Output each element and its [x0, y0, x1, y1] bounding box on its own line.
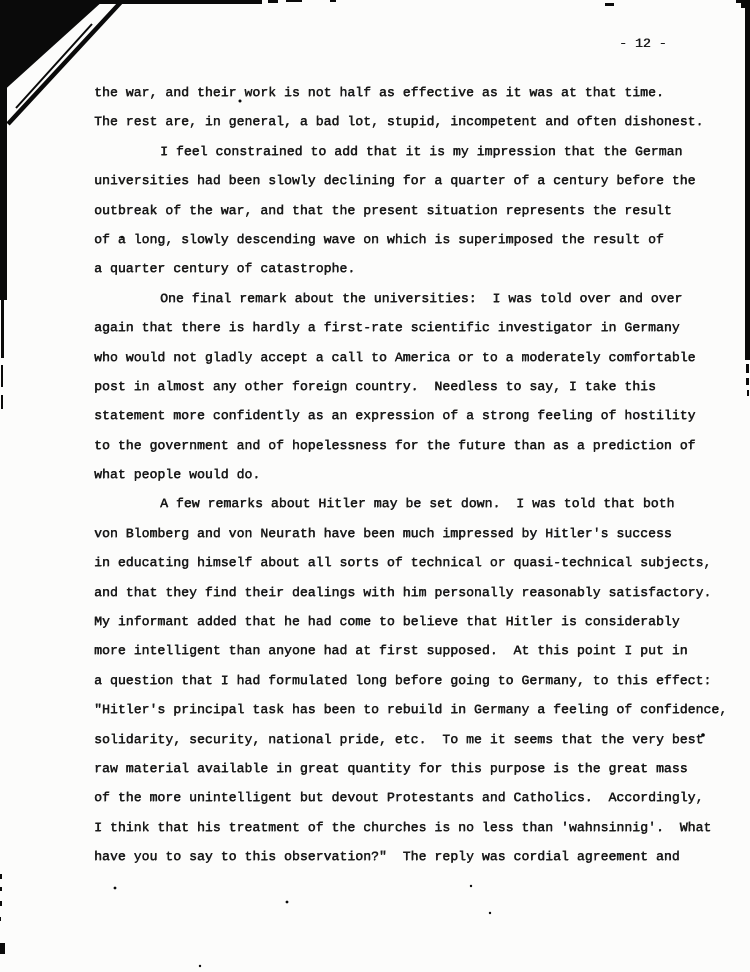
text-line: again that there is hardly a first-rate … — [94, 313, 734, 342]
text-line: post in almost any other foreign country… — [94, 372, 734, 401]
top-dash-mark — [605, 3, 614, 6]
bottom-left-mark — [0, 943, 5, 954]
text-line: what people would do. — [94, 460, 734, 489]
text-line: and that they find their dealings with h… — [94, 578, 734, 607]
text-line: of the more unintelligent but devout Pro… — [94, 783, 734, 812]
top-right-corner-mark — [736, 0, 750, 3]
text-line: I think that his treatment of the church… — [94, 813, 734, 842]
text-line: to the government and of hopelessness fo… — [94, 431, 734, 460]
text-line: a question that I had formulated long be… — [94, 666, 734, 695]
text-line: My informant added that he had come to b… — [94, 607, 734, 636]
text-line: universities had been slowly declining f… — [94, 166, 734, 195]
scanned-document-page: - 12 - the war, and their work is not ha… — [0, 0, 750, 972]
document-body: the war, and their work is not half as e… — [94, 78, 734, 872]
text-line: the war, and their work is not half as e… — [94, 78, 734, 107]
text-line: I feel constrained to add that it is my … — [94, 137, 734, 166]
text-line: outbreak of the war, and that the presen… — [94, 196, 734, 225]
corner-fold-triangle — [0, 0, 104, 94]
text-line: statement more confidently as an express… — [94, 401, 734, 430]
crease-line-secondary — [16, 24, 92, 108]
page-number: - 12 - — [619, 36, 666, 51]
text-line: have you to say to this observation?" Th… — [94, 842, 734, 871]
text-line: von Blomberg and von Neurath have been m… — [94, 519, 734, 548]
text-line: solidarity, security, national pride, et… — [94, 725, 734, 754]
right-edge-line — [745, 0, 750, 360]
text-line: more intelligent than anyone had at firs… — [94, 636, 734, 665]
text-line: a quarter century of catastrophe. — [94, 254, 734, 283]
text-line: One final remark about the universities:… — [94, 284, 734, 313]
text-line: of a long, slowly descending wave on whi… — [94, 225, 734, 254]
top-edge-strip — [0, 0, 262, 4]
text-line: who would not gladly accept a call to Am… — [94, 343, 734, 372]
text-line: in educating himself about all sorts of … — [94, 548, 734, 577]
left-edge-band — [0, 80, 7, 300]
text-line: The rest are, in general, a bad lot, stu… — [94, 107, 734, 136]
text-line: A few remarks about Hitler may be set do… — [94, 489, 734, 518]
text-line: "Hitler's principal task has been to reb… — [94, 695, 734, 724]
text-line: raw material available in great quantity… — [94, 754, 734, 783]
